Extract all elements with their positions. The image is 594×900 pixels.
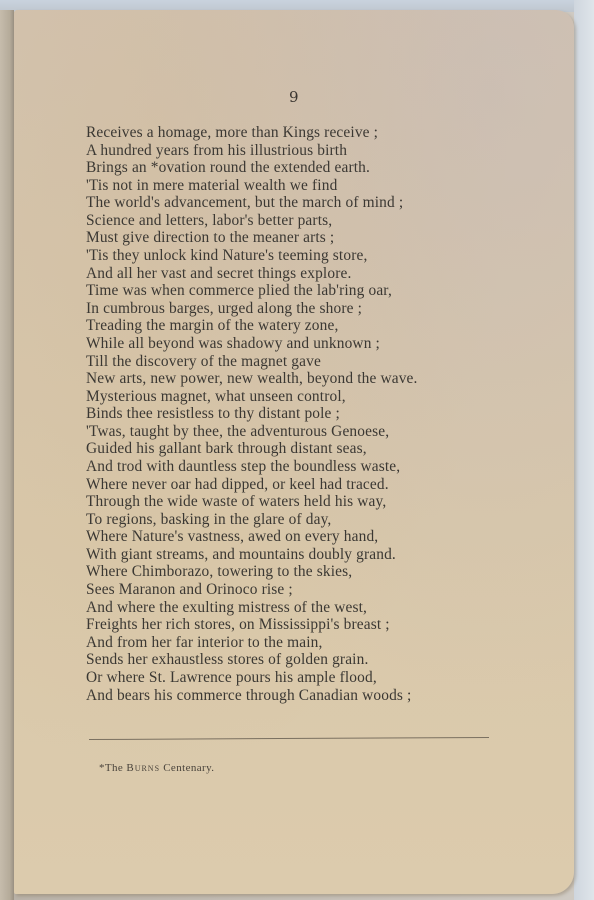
poem-line: Guided his gallant bark through distant … xyxy=(86,440,418,458)
page-number: 9 xyxy=(14,88,574,106)
poem-line: Till the discovery of the magnet gave xyxy=(86,353,418,371)
poem-line: 'Tis they unlock kind Nature's teeming s… xyxy=(86,247,418,265)
poem-line: A hundred years from his illustrious bir… xyxy=(86,142,418,160)
poem-line: The world's advancement, but the march o… xyxy=(86,194,418,212)
poem-line: Sends her exhaustless stores of golden g… xyxy=(86,651,418,669)
footnote: *The Burns Centenary. xyxy=(99,762,214,774)
poem-line: Binds thee resistless to thy distant pol… xyxy=(86,405,418,423)
footnote-name: Burns xyxy=(126,762,160,774)
footnote-divider xyxy=(89,737,489,740)
poem-line: And from her far interior to the main, xyxy=(86,634,418,652)
poem-line: And bears his commerce through Canadian … xyxy=(86,687,418,705)
right-edge xyxy=(574,0,594,900)
poem-line: To regions, basking in the glare of day, xyxy=(86,511,418,529)
poem-line: Science and letters, labor's better part… xyxy=(86,212,418,230)
poem-line: In cumbrous barges, urged along the shor… xyxy=(86,300,418,318)
poem-line: New arts, new power, new wealth, beyond … xyxy=(86,370,418,388)
poem-line: Where never oar had dipped, or keel had … xyxy=(86,476,418,494)
poem-line: Brings an *ovation round the extended ea… xyxy=(86,159,418,177)
poem-line: Receives a homage, more than Kings recei… xyxy=(86,124,418,142)
poem-line: Time was when commerce plied the lab'rin… xyxy=(86,282,418,300)
footnote-prefix: The xyxy=(105,762,126,774)
poem-text: Receives a homage, more than Kings recei… xyxy=(86,124,418,704)
poem-line: And all her vast and secret things explo… xyxy=(86,265,418,283)
poem-line: While all beyond was shadowy and unknown… xyxy=(86,335,418,353)
poem-line: And where the exulting mistress of the w… xyxy=(86,599,418,617)
poem-line: With giant streams, and mountains doubly… xyxy=(86,546,418,564)
poem-line: Where Chimborazo, towering to the skies, xyxy=(86,563,418,581)
poem-line: 'Twas, taught by thee, the adventurous G… xyxy=(86,423,418,441)
poem-line: Mysterious magnet, what unseen control, xyxy=(86,388,418,406)
poem-line: Treading the margin of the watery zone, xyxy=(86,317,418,335)
poem-line: Or where St. Lawrence pours his ample fl… xyxy=(86,669,418,687)
poem-line: Through the wide waste of waters held hi… xyxy=(86,493,418,511)
book-page: 9 Receives a homage, more than Kings rec… xyxy=(14,10,574,894)
poem-line: 'Tis not in mere material wealth we find xyxy=(86,177,418,195)
poem-line: Sees Maranon and Orinoco rise ; xyxy=(86,581,418,599)
poem-line: Freights her rich stores, on Mississippi… xyxy=(86,616,418,634)
poem-line: And trod with dauntless step the boundle… xyxy=(86,458,418,476)
poem-line: Where Nature's vastness, awed on every h… xyxy=(86,528,418,546)
footnote-suffix: Centenary. xyxy=(160,762,214,774)
poem-line: Must give direction to the meaner arts ; xyxy=(86,229,418,247)
book-spine-edge xyxy=(0,10,14,900)
